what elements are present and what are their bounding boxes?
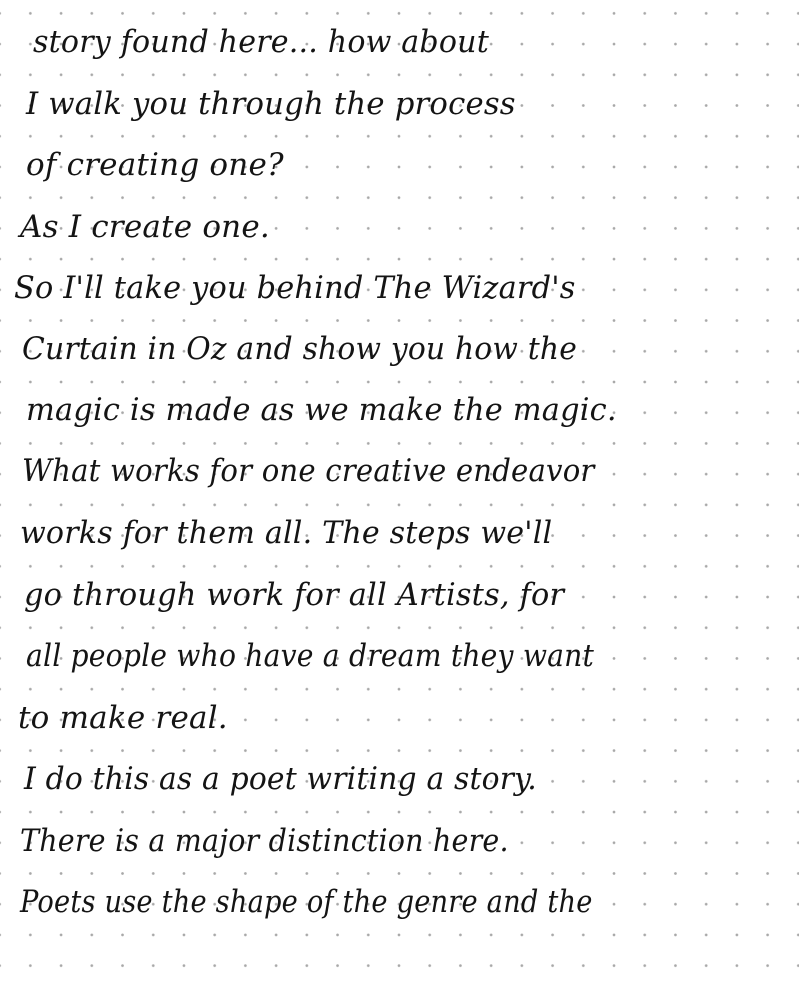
text-line: I do this as a poet writing a story. xyxy=(24,764,537,795)
text-line: Curtain in Oz and show you how the xyxy=(22,334,577,365)
text-line: of creating one? xyxy=(26,150,284,181)
text-line: As I create one. xyxy=(20,212,270,243)
text-line: So I'll take you behind The Wizard's xyxy=(14,273,576,304)
dot-grid-page: story found here... how about I walk you… xyxy=(0,0,799,981)
text-line: all people who have a dream they want xyxy=(26,641,594,672)
text-line: magic is made as we make the magic. xyxy=(26,395,617,426)
text-line: go through work for all Artists, for xyxy=(24,580,564,611)
text-line: There is a major distinction here. xyxy=(20,826,509,857)
handwritten-text: story found here... how about I walk you… xyxy=(0,0,799,981)
text-line: What works for one creative endeavor xyxy=(22,456,595,487)
text-line: to make real. xyxy=(18,703,228,734)
text-line: works for them all. The steps we'll xyxy=(20,518,552,549)
text-line: I walk you through the process xyxy=(26,89,516,120)
text-line: Poets use the shape of the genre and the xyxy=(20,887,593,918)
text-line: story found here... how about xyxy=(33,27,489,58)
